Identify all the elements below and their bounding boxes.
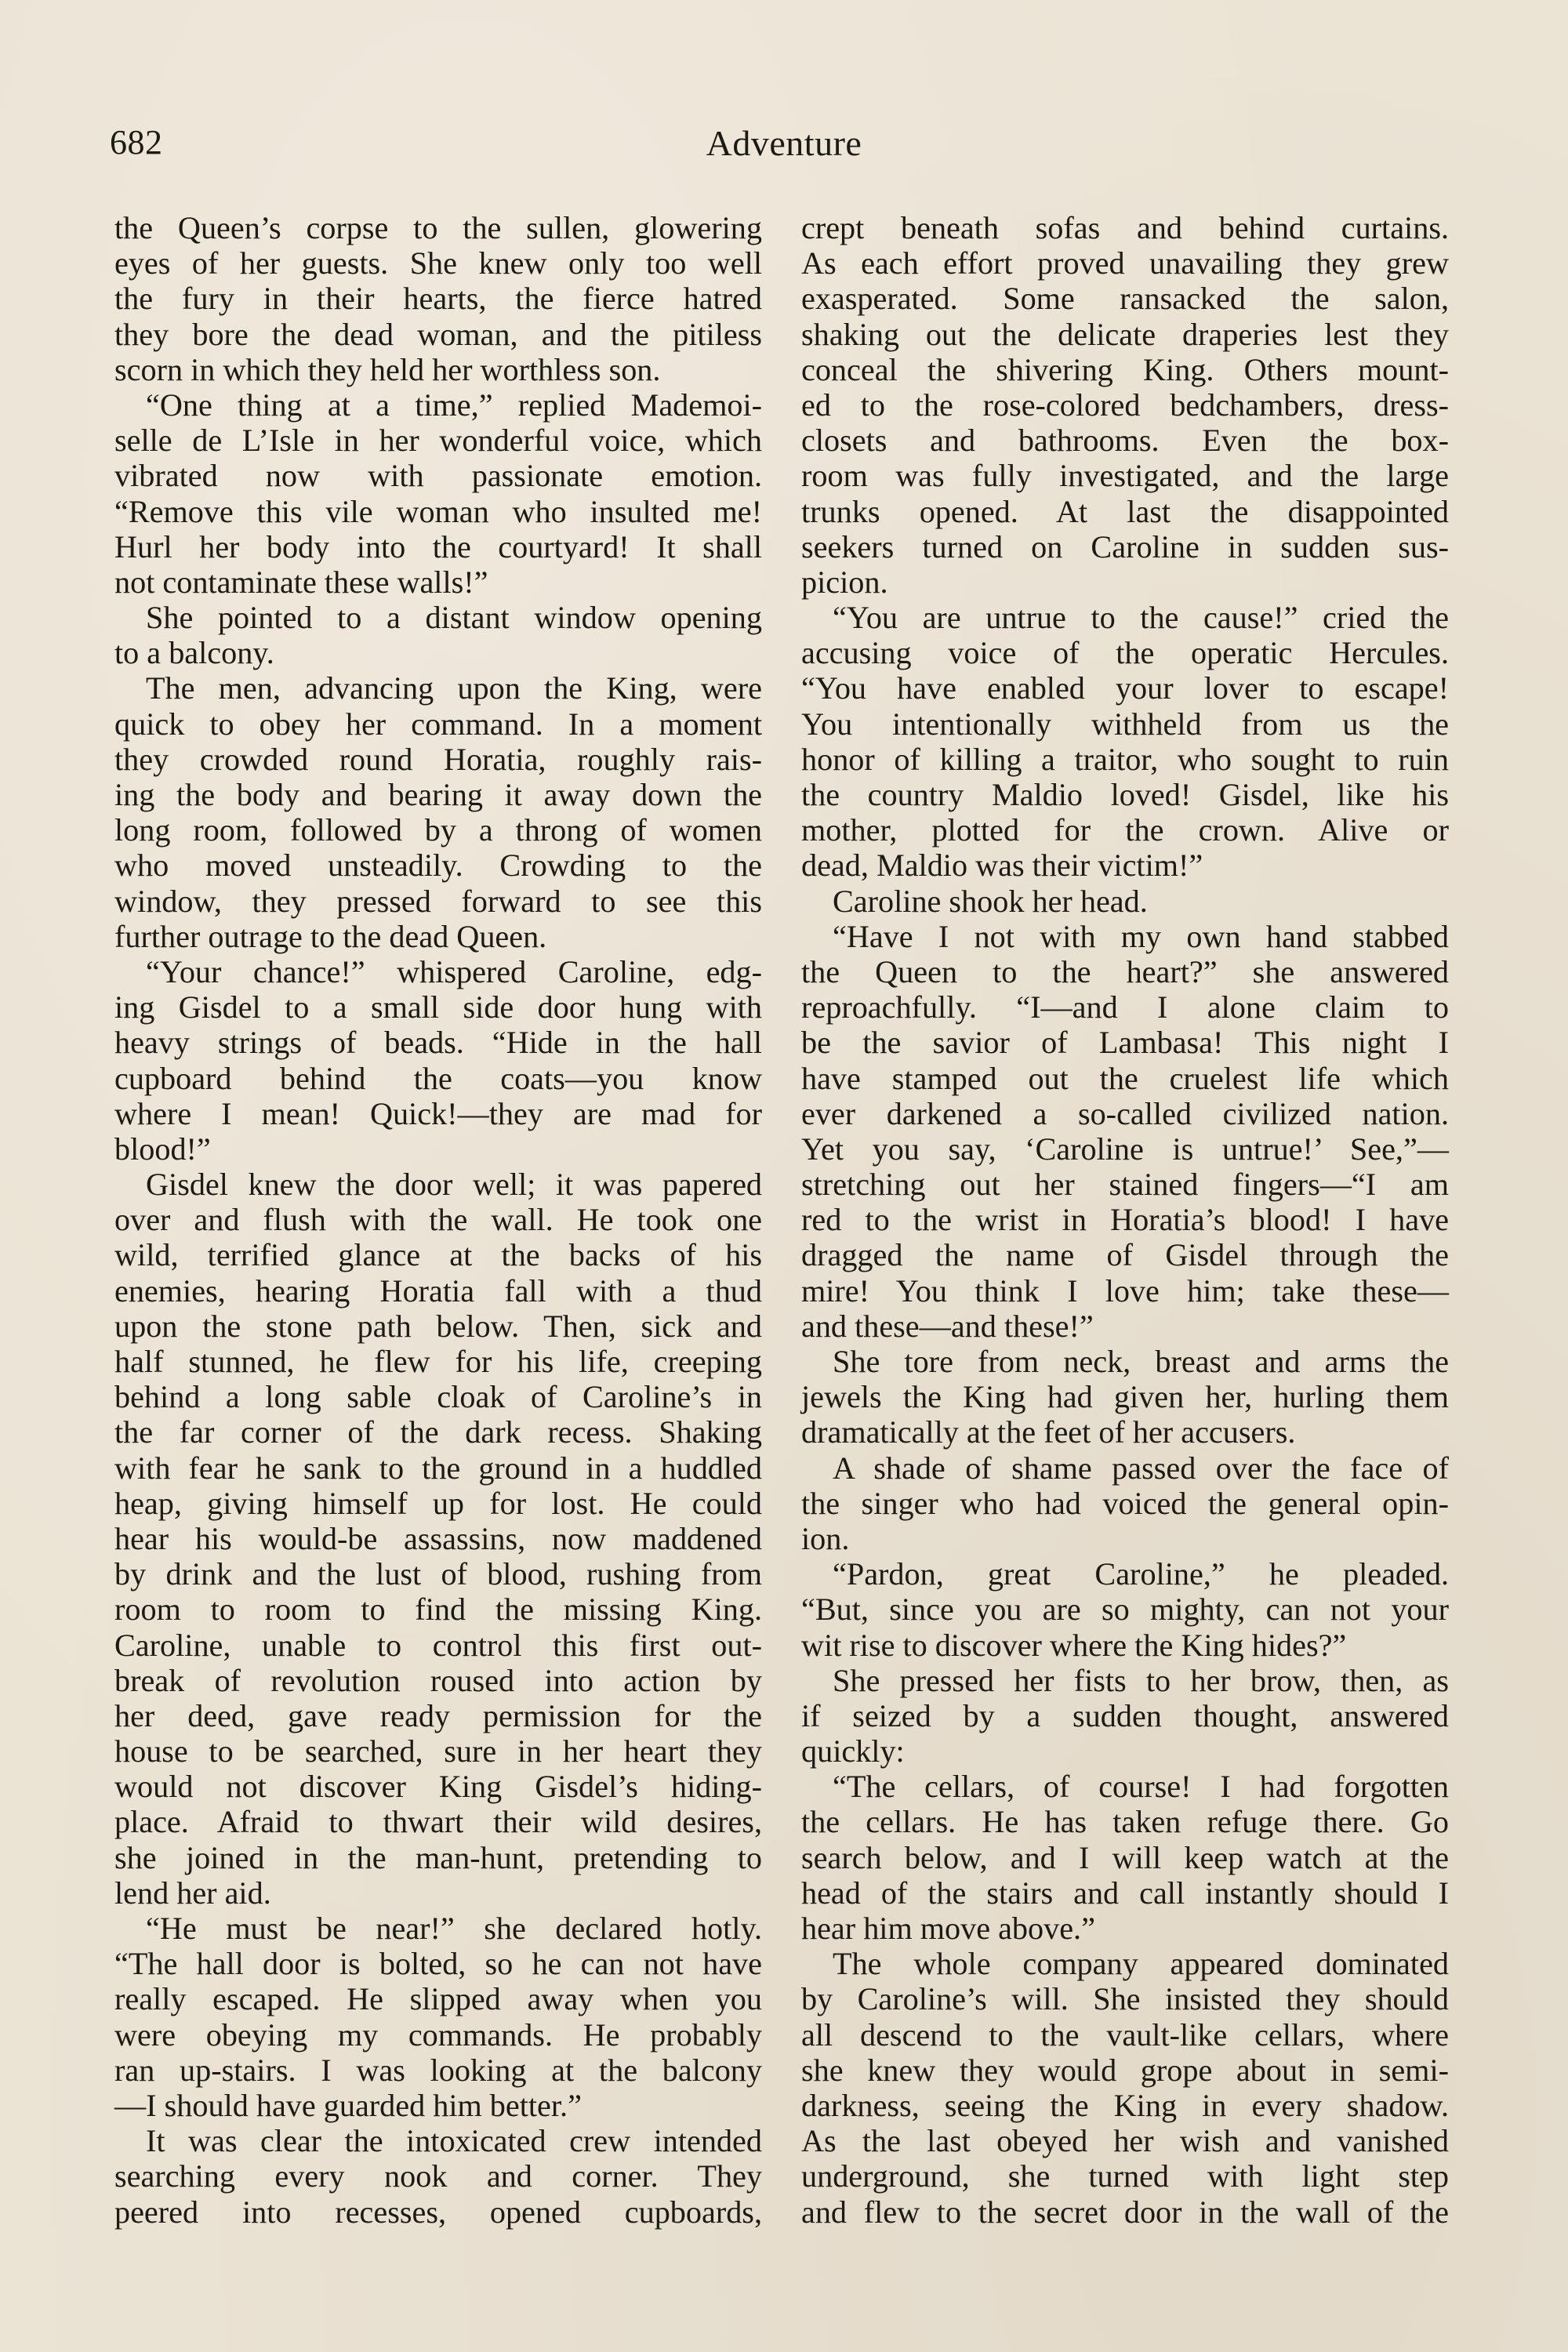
text-line: upon the stone path below. Then, sick an…	[114, 1308, 762, 1344]
text-line: ing Gisdel to a small side door hung wit…	[114, 989, 762, 1025]
text-line: long room, followed by a throng of women	[114, 812, 762, 848]
page-header: 682 Adventure	[110, 118, 1458, 180]
text-line: she knew they would grope about in semi-	[801, 2053, 1449, 2088]
text-line: She pointed to a distant window opening	[114, 600, 762, 635]
text-line: exasperated. Some ransacked the salon,	[801, 281, 1449, 316]
text-line: and these—and these!”	[801, 1308, 1449, 1344]
text-line: Yet you say, ‘Caroline is untrue!’ See,”…	[801, 1131, 1449, 1167]
text-line: all descend to the vault-like cellars, w…	[801, 2017, 1449, 2053]
text-line: hear his would-be assassins, now maddene…	[114, 1521, 762, 1556]
text-line: closets and bathrooms. Even the box-	[801, 423, 1449, 458]
text-column-right: crept beneath sofas and behind curtains.…	[801, 210, 1449, 2230]
text-line: to a balcony.	[114, 635, 762, 670]
text-line: “You have enabled your lover to escape!	[801, 670, 1449, 706]
text-line: ing the body and bearing it away down th…	[114, 777, 762, 812]
text-line: not contaminate these walls!”	[114, 564, 762, 600]
text-line: by Caroline’s will. She insisted they sh…	[801, 1981, 1449, 2016]
text-line: shaking out the delicate draperies lest …	[801, 317, 1449, 352]
running-title: Adventure	[110, 122, 1458, 164]
text-line: selle de L’Isle in her wonderful voice, …	[114, 423, 762, 458]
text-line: room was fully investigated, and the lar…	[801, 458, 1449, 493]
text-line: “Remove this vile woman who insulted me!	[114, 494, 762, 529]
text-line: wild, terrified glance at the backs of h…	[114, 1237, 762, 1272]
text-line: were obeying my commands. He probably	[114, 2017, 762, 2053]
text-line: the fury in their hearts, the fierce hat…	[114, 281, 762, 316]
text-line: A shade of shame passed over the face of	[801, 1450, 1449, 1486]
text-line: quickly:	[801, 1733, 1449, 1769]
text-line: the country Maldio loved! Gisdel, like h…	[801, 777, 1449, 812]
text-line: She tore from neck, breast and arms the	[801, 1344, 1449, 1379]
text-line: As each effort proved unavailing they gr…	[801, 245, 1449, 281]
text-line: The whole company appeared dominated	[801, 1946, 1449, 1981]
text-line: she joined in the man-hunt, pretending t…	[114, 1840, 762, 1875]
text-line: Hurl her body into the courtyard! It sha…	[114, 529, 762, 564]
text-line: seekers turned on Caroline in sudden sus…	[801, 529, 1449, 564]
text-line: Caroline, unable to control this first o…	[114, 1628, 762, 1663]
text-line: room to room to find the missing King.	[114, 1592, 762, 1627]
text-line: where I mean! Quick!—they are mad for	[114, 1096, 762, 1131]
text-line: “He must be near!” she declared hotly.	[114, 1911, 762, 1946]
text-line: blood!”	[114, 1131, 762, 1167]
text-line: eyes of her guests. She knew only too we…	[114, 245, 762, 281]
text-line: stretching out her stained fingers—“I am	[801, 1167, 1449, 1202]
text-line: search below, and I will keep watch at t…	[801, 1840, 1449, 1875]
text-line: As the last obeyed her wish and vanished	[801, 2123, 1449, 2158]
text-line: crept beneath sofas and behind curtains.	[801, 210, 1449, 245]
text-line: behind a long sable cloak of Caroline’s …	[114, 1379, 762, 1414]
text-line: mother, plotted for the crown. Alive or	[801, 812, 1449, 848]
text-line: the cellars. He has taken refuge there. …	[801, 1804, 1449, 1839]
text-line: break of revolution roused into action b…	[114, 1663, 762, 1698]
text-line: with fear he sank to the ground in a hud…	[114, 1450, 762, 1486]
text-line: who moved unsteadily. Crowding to the	[114, 848, 762, 883]
text-line: the Queen’s corpse to the sullen, glower…	[114, 210, 762, 245]
text-line: window, they pressed forward to see this	[114, 884, 762, 919]
text-line: dragged the name of Gisdel through the	[801, 1237, 1449, 1272]
text-line: picion.	[801, 564, 1449, 600]
text-line: jewels the King had given her, hurling t…	[801, 1379, 1449, 1414]
text-line: the singer who had voiced the general op…	[801, 1486, 1449, 1521]
text-line: have stamped out the cruelest life which	[801, 1061, 1449, 1096]
text-line: wit rise to discover where the King hide…	[801, 1628, 1449, 1663]
text-line: scorn in which they held her worthless s…	[114, 352, 762, 387]
text-line: ed to the rose-colored bedchambers, dres…	[801, 387, 1449, 423]
text-line: The men, advancing upon the King, were	[114, 670, 762, 706]
text-line: they bore the dead woman, and the pitile…	[114, 317, 762, 352]
text-line: She pressed her fists to her brow, then,…	[801, 1663, 1449, 1698]
text-line: “Pardon, great Caroline,” he pleaded.	[801, 1556, 1449, 1592]
text-line: her deed, gave ready permission for the	[114, 1698, 762, 1733]
text-line: dead, Maldio was their victim!”	[801, 848, 1449, 883]
text-line: they crowded round Horatia, roughly rais…	[114, 742, 762, 777]
text-line: over and flush with the wall. He took on…	[114, 1202, 762, 1237]
text-line: lend her aid.	[114, 1875, 762, 1911]
text-line: head of the stairs and call instantly sh…	[801, 1875, 1449, 1911]
text-line: underground, she turned with light step	[801, 2158, 1449, 2194]
text-line: ever darkened a so-called civilized nati…	[801, 1096, 1449, 1131]
text-line: “You are untrue to the cause!” cried the	[801, 600, 1449, 635]
text-line: “The cellars, of course! I had forgotten	[801, 1769, 1449, 1804]
text-line: “But, since you are so mighty, can not y…	[801, 1592, 1449, 1627]
text-line: vibrated now with passionate emotion.	[114, 458, 762, 493]
text-line: be the savior of Lambasa! This night I	[801, 1025, 1449, 1060]
text-line: hear him move above.”	[801, 1911, 1449, 1946]
text-line: red to the wrist in Horatia’s blood! I h…	[801, 1202, 1449, 1237]
text-line: dramatically at the feet of her accusers…	[801, 1414, 1449, 1450]
text-line: You intentionally withheld from us the	[801, 706, 1449, 742]
text-line: “One thing at a time,” replied Mademoi-	[114, 387, 762, 423]
text-line: Caroline shook her head.	[801, 884, 1449, 919]
text-line: quick to obey her command. In a moment	[114, 706, 762, 742]
text-line: accusing voice of the operatic Hercules.	[801, 635, 1449, 670]
text-line: searching every nook and corner. They	[114, 2158, 762, 2194]
text-line: ion.	[801, 1521, 1449, 1556]
text-line: trunks opened. At last the disappointed	[801, 494, 1449, 529]
text-line: “Your chance!” whispered Caroline, edg-	[114, 954, 762, 989]
text-line: cupboard behind the coats—you know	[114, 1061, 762, 1096]
text-line: place. Afraid to thwart their wild desir…	[114, 1804, 762, 1839]
text-line: “The hall door is bolted, so he can not …	[114, 1946, 762, 1981]
text-line: half stunned, he flew for his life, cree…	[114, 1344, 762, 1379]
text-line: further outrage to the dead Queen.	[114, 919, 762, 954]
text-line: honor of killing a traitor, who sought t…	[801, 742, 1449, 777]
text-line: enemies, hearing Horatia fall with a thu…	[114, 1273, 762, 1308]
text-line: heavy strings of beads. “Hide in the hal…	[114, 1025, 762, 1060]
text-line: —I should have guarded him better.”	[114, 2088, 762, 2123]
text-line: reproachfully. “I—and I alone claim to	[801, 989, 1449, 1025]
text-line: heap, giving himself up for lost. He cou…	[114, 1486, 762, 1521]
text-line: It was clear the intoxicated crew intend…	[114, 2123, 762, 2158]
text-line: Gisdel knew the door well; it was papere…	[114, 1167, 762, 1202]
text-line: mire! You think I love him; take these—	[801, 1273, 1449, 1308]
text-line: ran up-stairs. I was looking at the balc…	[114, 2053, 762, 2088]
text-line: if seized by a sudden thought, answered	[801, 1698, 1449, 1733]
text-line: darkness, seeing the King in every shado…	[801, 2088, 1449, 2123]
text-line: “Have I not with my own hand stabbed	[801, 919, 1449, 954]
text-line: would not discover King Gisdel’s hiding-	[114, 1769, 762, 1804]
text-line: by drink and the lust of blood, rushing …	[114, 1556, 762, 1592]
text-line: the Queen to the heart?” she answered	[801, 954, 1449, 989]
text-line: house to be searched, sure in her heart …	[114, 1733, 762, 1769]
text-line: the far corner of the dark recess. Shaki…	[114, 1414, 762, 1450]
text-line: peered into recesses, opened cupboards,	[114, 2194, 762, 2230]
text-line: really escaped. He slipped away when you	[114, 1981, 762, 2016]
book-page: 682 Adventure the Queen’s corpse to the …	[0, 0, 1568, 2352]
text-line: conceal the shivering King. Others mount…	[801, 352, 1449, 387]
text-column-left: the Queen’s corpse to the sullen, glower…	[114, 210, 762, 2230]
text-line: and flew to the secret door in the wall …	[801, 2194, 1449, 2230]
